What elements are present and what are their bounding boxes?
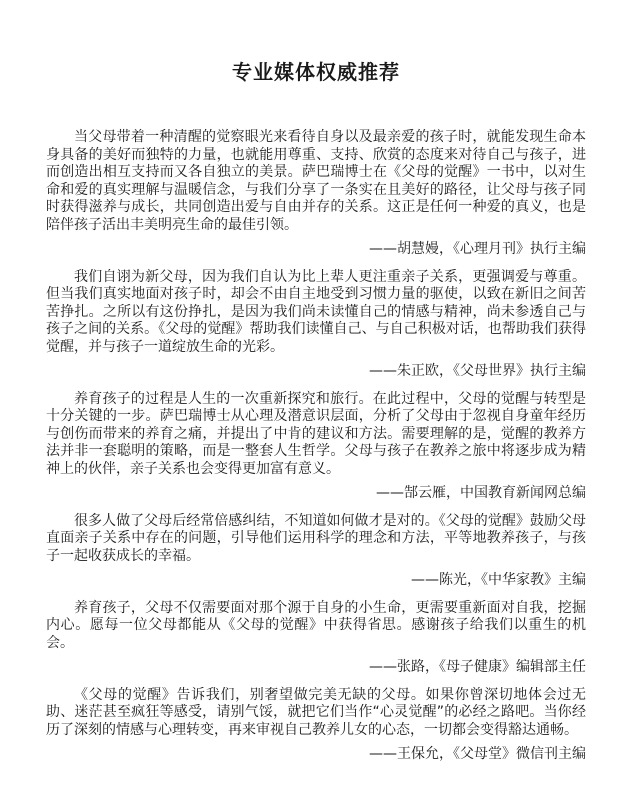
testimonial-block-3: 养育孩子的过程是人生的一次重新探究和旅行。在此过程中，父母的觉醒与转型是十分关键… [46, 391, 586, 503]
testimonial-attribution: ——朱正欧，《父母世界》执行主编 [46, 363, 586, 381]
testimonial-attribution: ——张路，《母子健康》编辑部主任 [46, 659, 586, 677]
testimonial-text: 很多人做了父母后经常倍感纠结，不知道如何做才是对的。《父母的觉醒》鼓励父母直面亲… [46, 513, 586, 566]
book-page: 专业媒体权威推荐 当父母带着一种清醒的觉察眼光来看待自身以及最亲爱的孩子时，就能… [0, 0, 640, 805]
testimonial-text: 我们自诩为新父母，因为我们自认为比上辈人更注重亲子关系，更强调爱与尊重。但当我们… [46, 269, 586, 357]
testimonial-attribution: ——胡慧嫚，《心理月刊》执行主编 [46, 241, 586, 259]
testimonial-text: 当父母带着一种清醒的觉察眼光来看待自身以及最亲爱的孩子时，就能发现生命本身具备的… [46, 129, 586, 234]
page-title: 专业媒体权威推荐 [46, 56, 586, 85]
testimonial-text: 《父母的觉醒》告诉我们，别奢望做完美无缺的父母。如果你曾深切地体会过无助、迷茫甚… [46, 687, 586, 740]
testimonial-block-1: 当父母带着一种清醒的觉察眼光来看待自身以及最亲爱的孩子时，就能发现生命本身具备的… [46, 129, 586, 259]
testimonial-block-2: 我们自诩为新父母，因为我们自认为比上辈人更注重亲子关系，更强调爱与尊重。但当我们… [46, 269, 586, 381]
testimonial-text: 养育孩子，父母不仅需要面对那个源于自身的小生命，更需要重新面对自我，挖掘内心。愿… [46, 600, 586, 653]
testimonial-attribution: ——郜云雁，中国教育新闻网总编 [46, 485, 586, 503]
testimonial-block-5: 养育孩子，父母不仅需要面对那个源于自身的小生命，更需要重新面对自我，挖掘内心。愿… [46, 600, 586, 677]
testimonial-attribution: ——王保允，《父母堂》微信刊主编 [46, 746, 586, 764]
testimonial-attribution: ——陈光，《中华家教》主编 [46, 572, 586, 590]
testimonial-block-6: 《父母的觉醒》告诉我们，别奢望做完美无缺的父母。如果你曾深切地体会过无助、迷茫甚… [46, 687, 586, 764]
testimonial-block-4: 很多人做了父母后经常倍感纠结，不知道如何做才是对的。《父母的觉醒》鼓励父母直面亲… [46, 513, 586, 590]
testimonial-text: 养育孩子的过程是人生的一次重新探究和旅行。在此过程中，父母的觉醒与转型是十分关键… [46, 391, 586, 479]
